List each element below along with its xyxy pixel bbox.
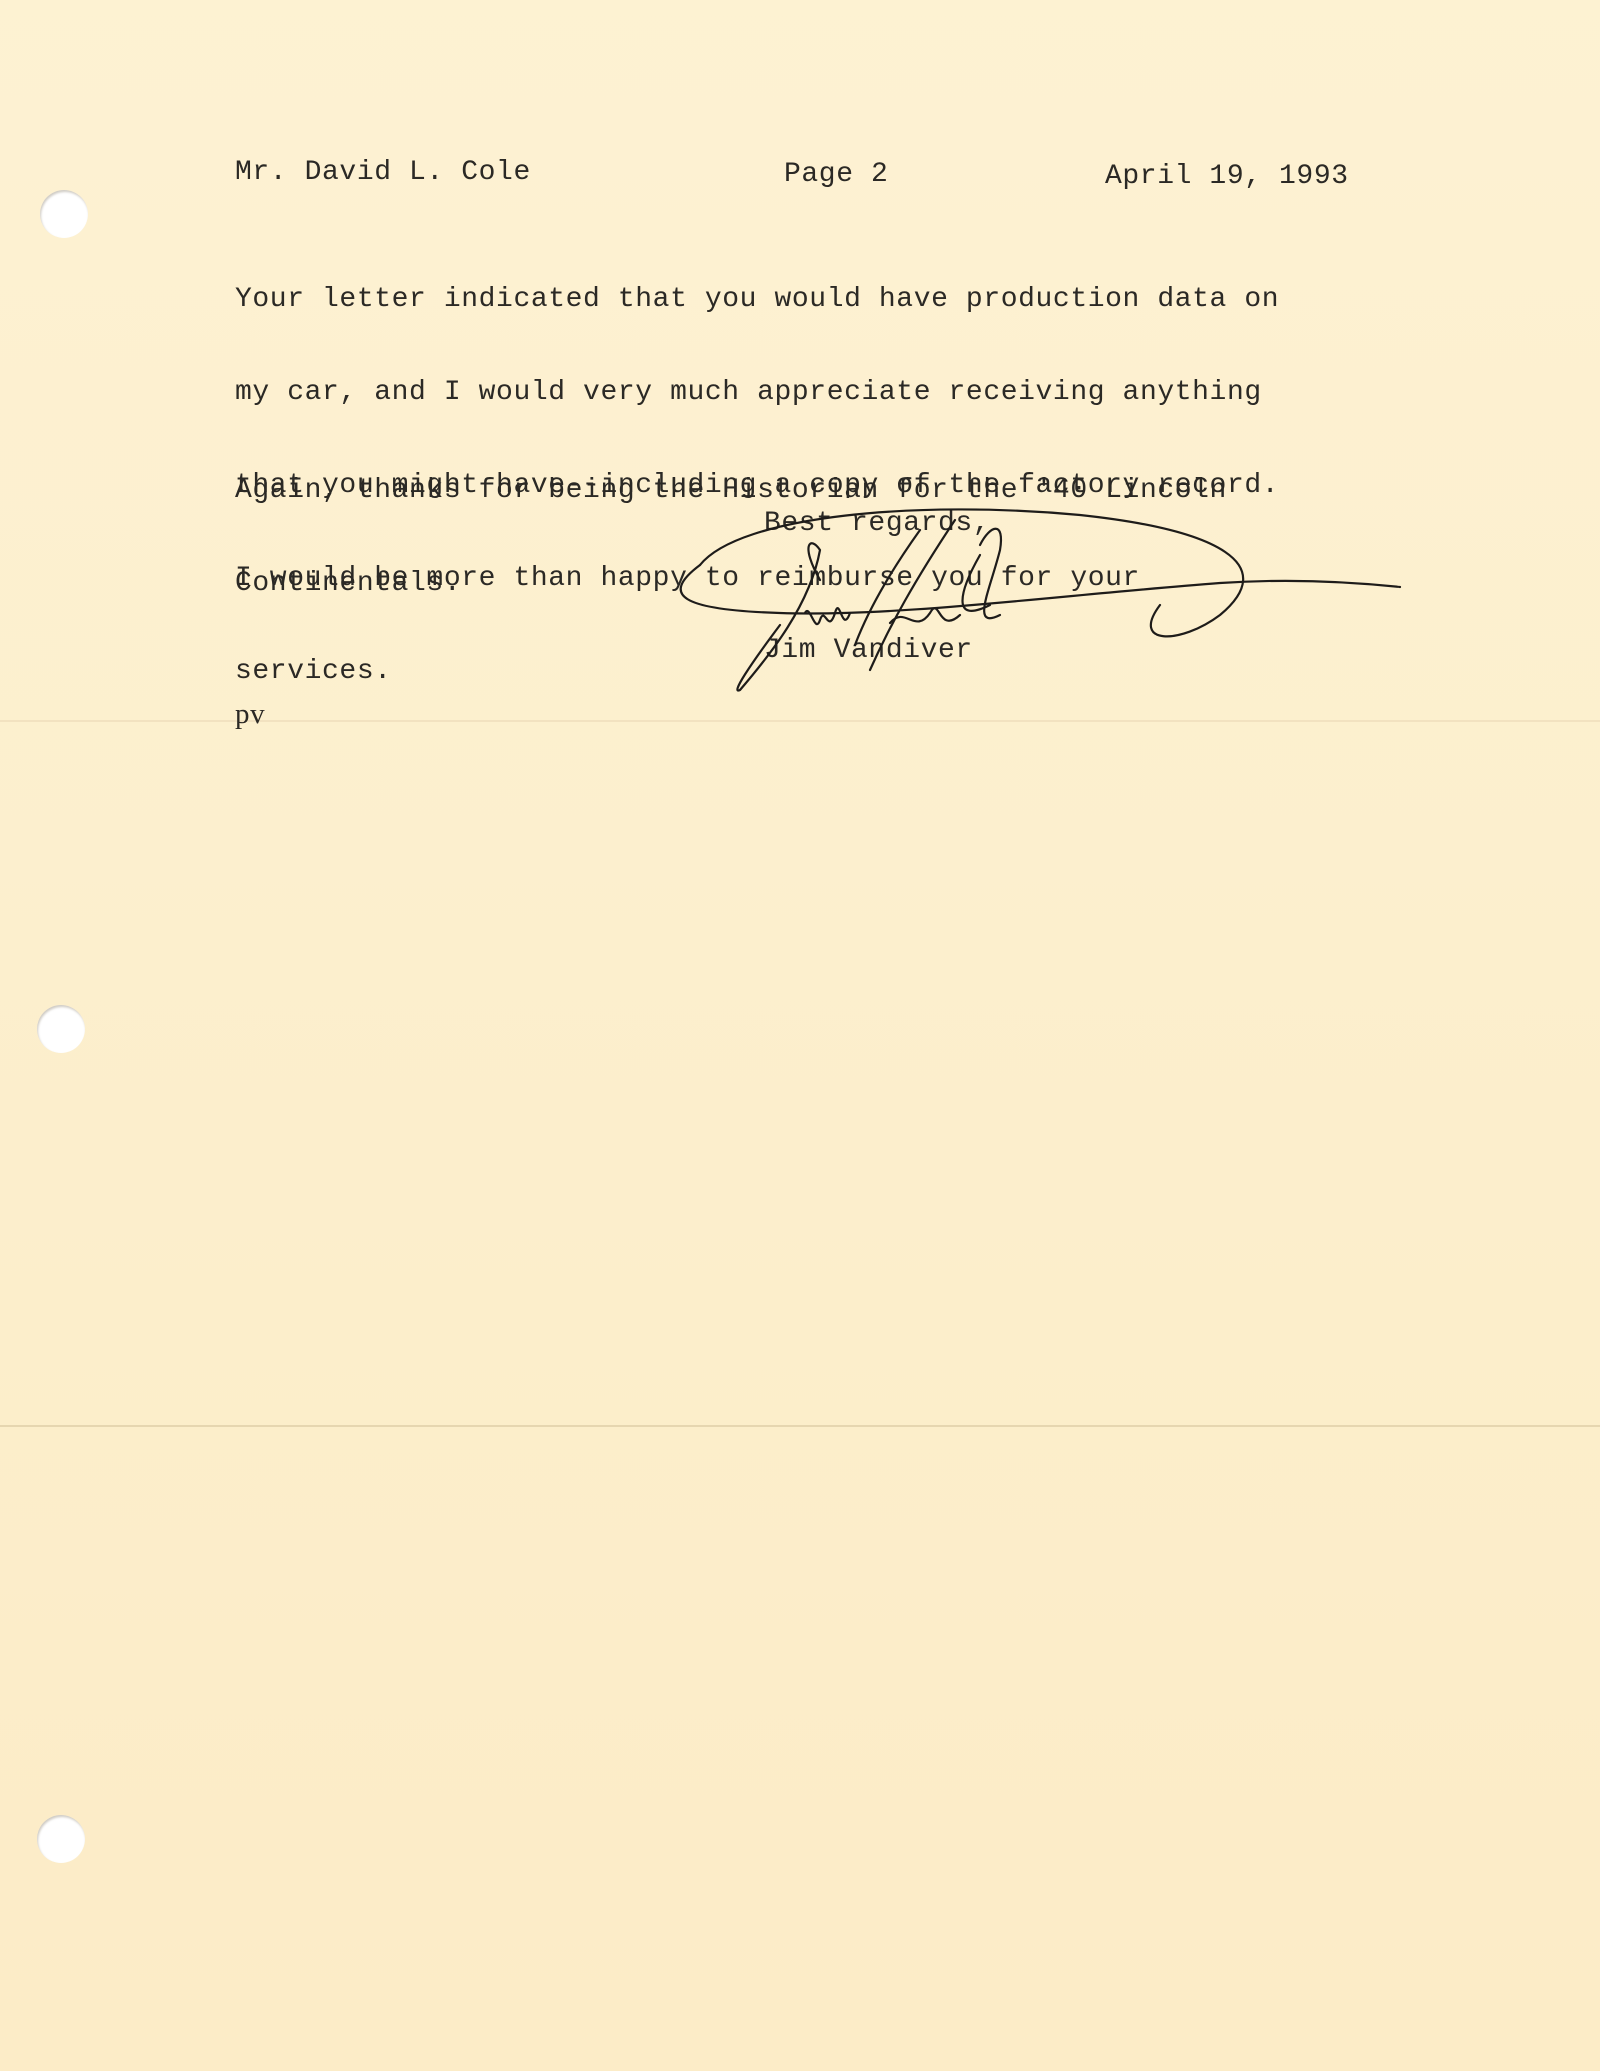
punch-hole: [37, 1815, 85, 1863]
fold-line: [0, 1425, 1600, 1427]
letter-page: Mr. David L. Cole Page 2 April 19, 1993 …: [0, 0, 1600, 2071]
handwritten-signature-icon: [660, 495, 1420, 695]
page-number: Page 2: [784, 159, 888, 190]
text-line: my car, and I would very much appreciate…: [235, 377, 1279, 408]
letter-date: April 19, 1993: [1105, 161, 1349, 192]
punch-hole: [40, 190, 88, 238]
recipient-name: Mr. David L. Cole: [235, 157, 531, 188]
punch-hole: [37, 1005, 85, 1053]
text-line: Your letter indicated that you would hav…: [235, 284, 1279, 315]
typist-initials: pv: [235, 698, 265, 731]
